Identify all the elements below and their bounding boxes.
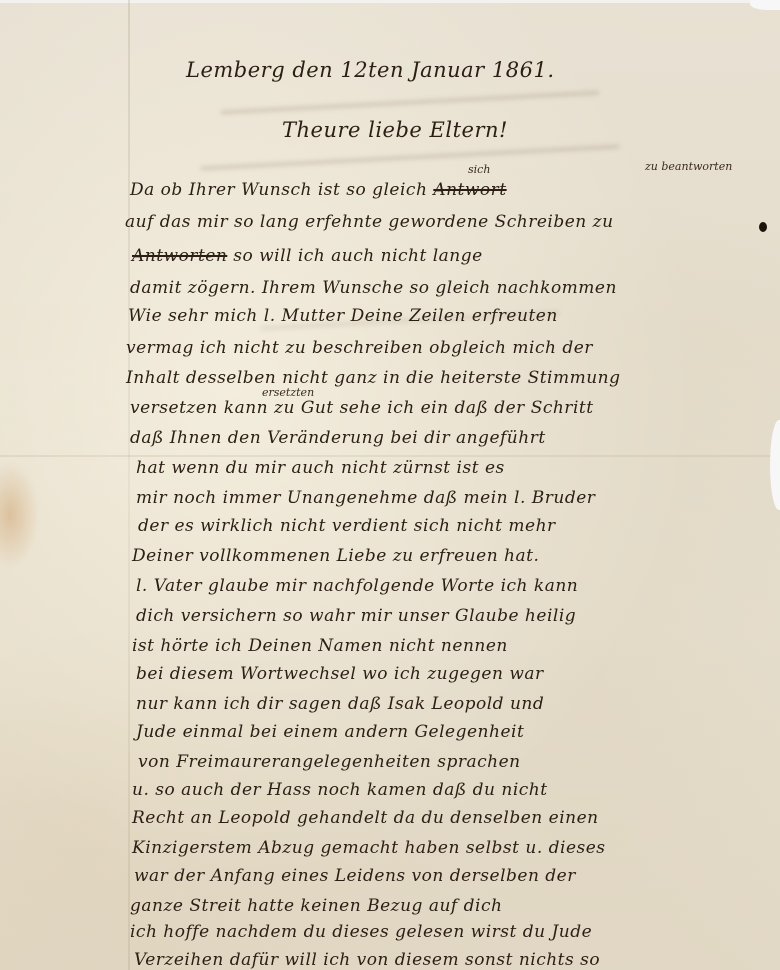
letter-line: hat wenn du mir auch nicht zürnst ist es [136,458,505,478]
letter-line: Antworten so will ich auch nicht lange [132,246,483,266]
letter-line: Jude einmal bei einem andern Gelegenheit [136,722,524,742]
struck-word: Antwort [433,180,506,200]
letter-line: ist hörte ich Deinen Namen nicht nennen [132,636,508,656]
letter-line: versetzen kann zu Gut sehe ich ein daß d… [130,398,594,418]
horizontal-fold-crease [0,455,780,457]
letter-line: mir noch immer Unangenehme daß mein l. B… [136,488,595,508]
interlinear-insertion: sich [468,163,490,176]
interlinear-insertion: zu beantworten [645,160,732,173]
letter-line: damit zögern. Ihrem Wunsche so gleich na… [130,278,617,298]
ink-blot [759,222,767,232]
letter-line: Kinzigerstem Abzug gemacht haben selbst … [132,838,606,858]
line-text: Da ob Ihrer Wunsch ist so gleich [130,180,427,200]
letter-line: u. so auch der Hass noch kamen daß du ni… [132,780,548,800]
letter-line: war der Anfang eines Leidens von derselb… [134,866,576,886]
letter-line: ganze Streit hatte keinen Bezug auf dich [130,896,502,916]
line-text: so will ich auch nicht lange [233,246,482,266]
letter-line: ich hoffe nachdem du dieses gelesen wirs… [130,922,592,942]
salutation: Theure liebe Eltern! [282,118,508,142]
water-stain [0,460,40,570]
torn-edge-top [750,0,780,10]
letter-line: Wie sehr mich l. Mutter Deine Zeilen erf… [128,306,558,326]
letter-line: von Freimaurerangelegenheiten sprachen [138,752,521,772]
struck-word: Antworten [132,246,227,266]
vertical-fold-crease [128,0,130,970]
letter-line: nur kann ich dir sagen daß Isak Leopold … [136,694,544,714]
letter-line: Verzeihen dafür will ich von diesem sons… [134,950,600,970]
letter-line: l. Vater glaube mir nachfolgende Worte i… [136,576,578,596]
letter-line: der es wirklich nicht verdient sich nich… [138,516,556,536]
letter-line: Recht an Leopold gehandelt da du denselb… [132,808,599,828]
letter-page: Lemberg den 12ten Januar 1861. Theure li… [0,0,780,970]
letter-line: Inhalt desselben nicht ganz in die heite… [126,368,621,388]
letter-line: Deiner vollkommenen Liebe zu erfreuen ha… [132,546,539,566]
letter-line: vermag ich nicht zu beschreiben obgleich… [126,338,593,358]
page-top-edge [0,0,780,3]
letter-line: bei diesem Wortwechsel wo ich zugegen wa… [136,664,544,684]
letter-line: auf das mir so lang erfehnte gewordene S… [125,212,614,232]
place-date-line: Lemberg den 12ten Januar 1861. [186,58,555,82]
letter-line: dich versichern so wahr mir unser Glaube… [136,606,576,626]
letter-line: Da ob Ihrer Wunsch ist so gleich Antwort [130,180,507,200]
ink-bleed-through [220,90,600,115]
ink-bleed-through [200,144,620,171]
letter-line: daß Ihnen den Veränderung bei dir angefü… [130,428,546,448]
torn-edge-right [770,420,780,510]
